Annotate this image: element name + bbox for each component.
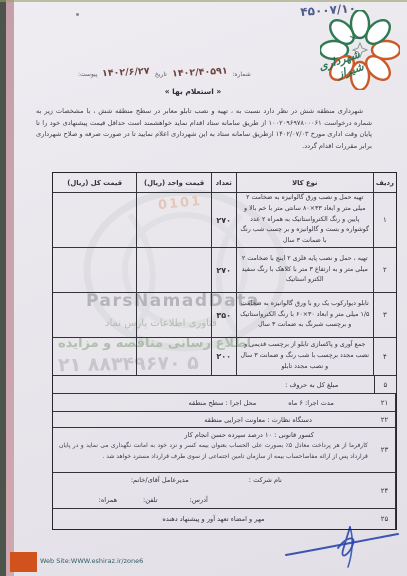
reference-line: شماره: ۱۴۰۲/۴۰۵۹۱ تاریخ ۱۴۰۲/۶/۲۷ پیوست: [78, 68, 314, 79]
cell-row-number: ۳ [374, 293, 396, 337]
cell-quantity: ۲۷۰ [212, 248, 237, 292]
legal-deductions-title: کسور قانونی : ۱۰ درصد سپرده حسن انجام کا… [59, 431, 314, 439]
company-name-label: نام شرکت : [249, 476, 282, 484]
legal-deductions-body: کارفرما از هر پرداخت معادل ۵٪ بصورت علی … [59, 441, 368, 463]
contact-line: آدرس: تلفن: همراه: [59, 496, 368, 505]
table-row-company-info: نام شرکت : مدیرعامل آقای/خانم: آدرس: تلف… [53, 473, 396, 509]
header-unit-price: قیمت واحد (ریال) [137, 173, 211, 192]
cell-row-number: ۵ [375, 376, 397, 393]
scan-speck [76, 13, 79, 16]
cell-item-description: جمع آوری و پاکسازی تابلو از برچسب قدیمی … [237, 338, 374, 375]
cell-total-in-words-value [53, 376, 250, 393]
table-row-duration: مدت اجرا: ۶ ماه محل اجرا : سطح منطقه ۲۱ [53, 394, 396, 412]
address-label: آدرس: [190, 496, 208, 504]
table-row: ۲۰۰ جمع آوری و پاکسازی تابلو از برچسب قد… [53, 338, 396, 376]
cell-total-price [53, 293, 137, 337]
cell-item-description: تهیه حمل و نصب ورق گالوانیزه به ضخامت ۲ … [237, 193, 374, 247]
cell-quantity: ۳۵۰ [212, 293, 237, 337]
table-row-supervision: دستگاه نظارت : معاونت اجرایی منطقه ۲۲ [53, 412, 396, 428]
header-row-number: ردیف [374, 173, 396, 192]
website-text: Web Site:WWW.eshiraz.ir/zone6 [40, 557, 143, 565]
manager-label: مدیرعامل آقای/خانم: [131, 476, 189, 484]
location-text: محل اجرا : سطح منطقه [188, 399, 256, 407]
cell-item-description: تهیه ، حمل و نصب پایه فلزی ۲ اینچ با ضخا… [237, 248, 374, 292]
inquiry-table: قیمت کل (ریال) قیمت واحد (ریال) تعداد نو… [52, 172, 397, 530]
mobile-label: همراه: [99, 496, 117, 504]
header-quantity: تعداد [212, 173, 237, 192]
header-total-price: قیمت کل (ریال) [53, 173, 137, 192]
cell-unit-price [137, 193, 211, 247]
document-title: « استعلام بها » [118, 87, 268, 96]
cell-row-number: ۲۵ [374, 509, 396, 529]
cell-unit-price [137, 293, 211, 337]
table-row: ۲۷۰ تهیه ، حمل و نصب پایه فلزی ۲ اینچ با… [53, 248, 396, 293]
table-row: ۲۷۰ تهیه حمل و نصب ورق گالوانیزه به ضخام… [53, 193, 396, 248]
supervision-text: دستگاه نظارت : معاونت اجرایی منطقه [204, 416, 312, 424]
cell-total-price [53, 193, 137, 247]
cell-quantity: ۲۰۰ [212, 338, 237, 375]
intro-paragraph: شهرداری منطقه شش در نظر دارد نسبت به ، ت… [36, 106, 372, 152]
orange-corner-block [10, 552, 37, 572]
cell-row-number: ۲۳ [374, 428, 396, 472]
cell-legal-deductions: کسور قانونی : ۱۰ درصد سپرده حسن انجام کا… [53, 428, 374, 472]
scanned-price-inquiry-form: ۴۵۰۰۷/۱۰ شهرداری شیراز شماره: ۱۴۰۲/۴۰۵۹۱… [0, 0, 407, 576]
ref-date-label: تاریخ [155, 71, 167, 78]
table-header-row: قیمت کل (ریال) قیمت واحد (ریال) تعداد نو… [53, 173, 396, 193]
cell-total-in-words-label: مبلغ کل به حروف : [250, 376, 375, 393]
header-item-type: نوع کالا [237, 173, 374, 192]
ref-date-value: ۱۴۰۲/۶/۲۷ [102, 66, 150, 79]
cell-item-description: تابلو دیوارکوب یک رو با ورق گالوانیزه به… [237, 293, 374, 337]
cell-unit-price [137, 248, 211, 292]
table-row-total-in-words: مبلغ کل به حروف : ۵ [53, 376, 396, 394]
cell-row-number: ۱ [374, 193, 396, 247]
ref-no-label: شماره: [232, 71, 250, 78]
ref-no-value: ۱۴۰۲/۴۰۵۹۱ [172, 66, 228, 80]
cell-total-price [53, 248, 137, 292]
cell-row-number: ۲ [374, 248, 396, 292]
cell-seal-signature: مهر و امضاء تعهد آور و پیشنهاد دهنده [53, 509, 374, 529]
duration-text: مدت اجرا: ۶ ماه [288, 399, 334, 407]
ref-attach-label: پیوست: [78, 71, 98, 78]
scan-edge-pink [6, 0, 14, 576]
cell-row-number: ۲۲ [374, 412, 396, 427]
cell-duration-location: مدت اجرا: ۶ ماه محل اجرا : سطح منطقه [53, 394, 374, 411]
table-row: ۳۵۰ تابلو دیوارکوب یک رو با ورق گالوانیز… [53, 293, 396, 338]
company-line: نام شرکت : مدیرعامل آقای/خانم: [59, 476, 368, 484]
cell-supervision: دستگاه نظارت : معاونت اجرایی منطقه [53, 412, 374, 427]
cell-row-number: ۲۱ [374, 394, 396, 411]
table-row-seal-signature: مهر و امضاء تعهد آور و پیشنهاد دهنده ۲۵ [53, 509, 396, 529]
cell-total-price [53, 338, 137, 375]
cell-quantity: ۲۷۰ [212, 193, 237, 247]
cell-company-info: نام شرکت : مدیرعامل آقای/خانم: آدرس: تلف… [53, 473, 374, 508]
table-row-legal-deductions: کسور قانونی : ۱۰ درصد سپرده حسن انجام کا… [53, 428, 396, 473]
cell-row-number: ۴ [374, 338, 396, 375]
phone-label: تلفن: [143, 496, 158, 504]
cell-row-number: ۲۴ [374, 473, 396, 508]
cell-unit-price [137, 338, 211, 375]
